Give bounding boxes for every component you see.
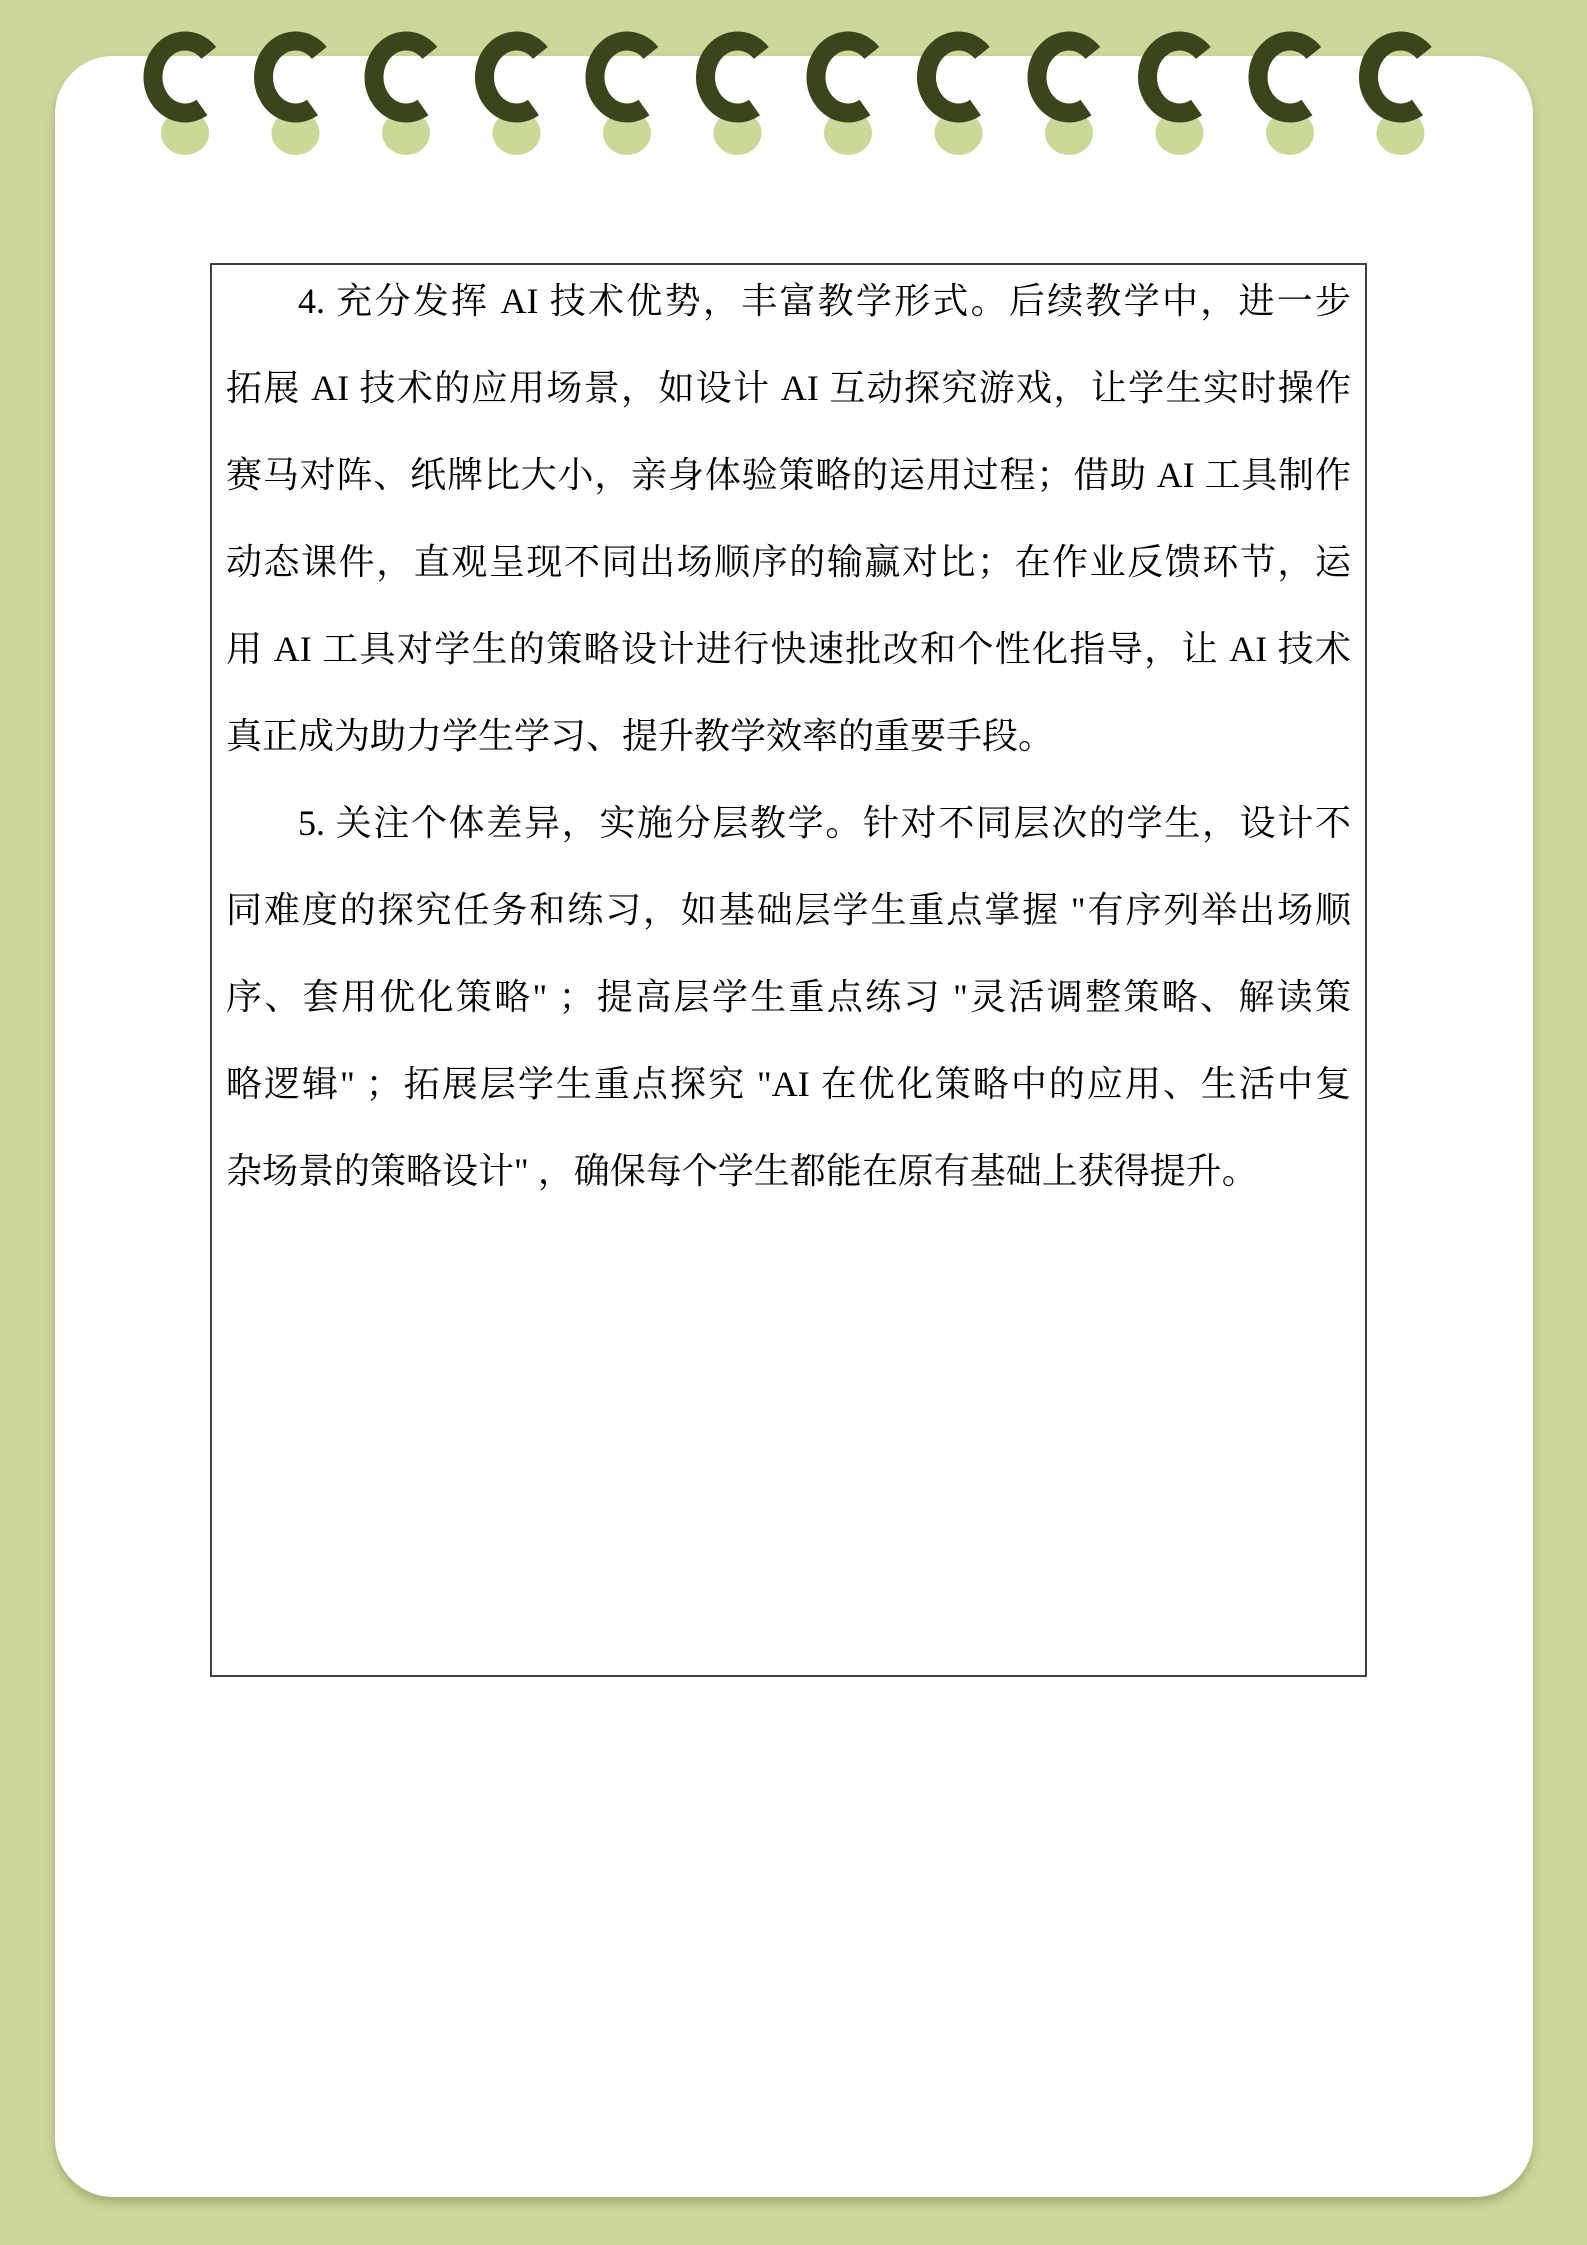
- document-background: { "page": { "background_color": "#ccd79a…: [0, 0, 1587, 2245]
- text-line: 同难度的探究任务和练习，如基础层学生重点掌握 "有序列举出场顺: [226, 867, 1351, 954]
- binding-ring-icon: [927, 41, 983, 113]
- binding-ring-icon: [264, 41, 320, 113]
- content-box: 4. 充分发挥 AI 技术优势，丰富教学形式。后续教学中，进一步 拓展 AI 技…: [210, 263, 1367, 1677]
- binding-ring-icon: [706, 41, 762, 113]
- binding-ring-icon: [816, 41, 872, 113]
- text-line: 杂场景的策略设计" ，确保每个学生都能在原有基础上获得提升。: [226, 1128, 1351, 1215]
- content-text: 4. 充分发挥 AI 技术优势，丰富教学形式。后续教学中，进一步 拓展 AI 技…: [226, 258, 1351, 1215]
- spiral-binding: [0, 0, 1587, 180]
- text-line: 序、套用优化策略" ；提高层学生重点练习 "灵活调整策略、解读策: [226, 954, 1351, 1041]
- text-line: 用 AI 工具对学生的策略设计进行快速批改和个性化指导，让 AI 技术: [226, 606, 1351, 693]
- binding-ring-icon: [1258, 41, 1314, 113]
- text-line: 4. 充分发挥 AI 技术优势，丰富教学形式。后续教学中，进一步: [226, 258, 1351, 345]
- text-line: 真正成为助力学生学习、提升教学效率的重要手段。: [226, 693, 1351, 780]
- text-line: 略逻辑" ；拓展层学生重点探究 "AI 在优化策略中的应用、生活中复: [226, 1041, 1351, 1128]
- text-line: 动态课件，直观呈现不同出场顺序的输赢对比；在作业反馈环节，运: [226, 519, 1351, 606]
- binding-ring-icon: [1037, 41, 1093, 113]
- binding-ring-icon: [153, 41, 209, 113]
- binding-ring-icon: [595, 41, 651, 113]
- binding-ring-icon: [485, 41, 541, 113]
- text-line: 拓展 AI 技术的应用场景，如设计 AI 互动探究游戏，让学生实时操作: [226, 345, 1351, 432]
- text-line: 5. 关注个体差异，实施分层教学。针对不同层次的学生，设计不: [226, 780, 1351, 867]
- binding-ring-icon: [1369, 41, 1425, 113]
- binding-ring-icon: [1148, 41, 1204, 113]
- binding-ring-icon: [374, 41, 430, 113]
- text-line: 赛马对阵、纸牌比大小，亲身体验策略的运用过程；借助 AI 工具制作: [226, 432, 1351, 519]
